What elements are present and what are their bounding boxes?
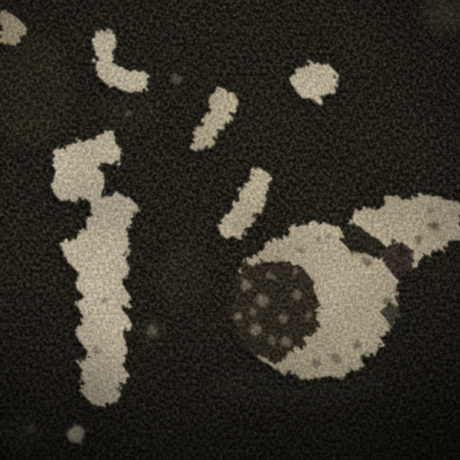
bottom-shade-overlay [0,0,460,460]
macro-photo-canvas [0,0,460,460]
macro-photo [0,0,460,460]
